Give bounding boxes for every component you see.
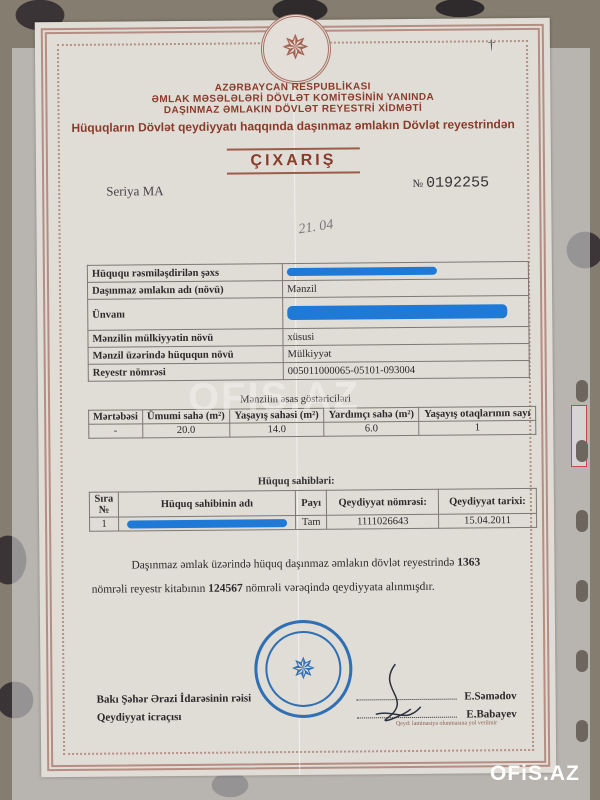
register-book-number: 1363 [457, 556, 480, 568]
owners-header: Payı [295, 490, 327, 515]
signatory-name: E.Babayev [466, 708, 517, 720]
title-text: ÇIXARIŞ [226, 147, 360, 174]
metrics-header: Mərtəbəsi [89, 410, 143, 424]
owners-header: Sıra № [89, 492, 118, 517]
document-header: AZƏRBAYCAN RESPUBLİKASI ƏMLAK MƏSƏLƏLƏRİ… [35, 80, 550, 135]
info-label: Ünvanı [88, 298, 283, 331]
metrics-value: - [89, 424, 143, 438]
owner-index: 1 [90, 517, 119, 531]
register-page-number: 124567 [208, 582, 243, 594]
extract-document: ✵ † AZƏRBAYCAN RESPUBLİKASI ƏMLAK MƏSƏLƏ… [35, 18, 557, 777]
info-label: Daşınmaz əmlakın adı (növü) [87, 281, 282, 300]
document-title: ÇIXARIŞ [36, 146, 551, 176]
owners-header: Qeydiyyat tarixi: [438, 488, 536, 514]
document-number: №0192255 [413, 174, 490, 192]
pencil-mark: † [488, 38, 495, 54]
statement-text: Daşınmaz əmlak üzərində hüquq daşınmaz ə… [131, 557, 454, 572]
metrics-value: 1 [419, 420, 536, 435]
state-emblem-icon: ✵ [260, 14, 331, 85]
owners-table: Sıra № Hüquq sahibinin adı Payı Qeydiyya… [89, 488, 537, 532]
metrics-header: Yaşayış otaqlarının sayı [419, 406, 536, 421]
info-label: Mənzilin mülkiyyətin növü [88, 329, 283, 348]
table-row: Ünvanı [88, 295, 529, 330]
owners-header: Qeydiyyat nömrəsi: [327, 489, 439, 515]
statement-text: nömrəli reyestr kitabının [92, 583, 206, 596]
info-value: xüsusi [283, 326, 529, 345]
brand-logo: OFiS.AZ [490, 762, 580, 786]
signatory-name: E.Səmədov [464, 690, 516, 702]
number-sign: № [413, 178, 424, 190]
statement-text: nömrəli vərəqində qeydiyyata alınmışdır. [246, 581, 435, 595]
owner-reg-date: 15.04.2011 [439, 513, 537, 528]
info-label: Mənzil üzərində hüququn növü [88, 346, 283, 365]
sleeve-punch-holes [576, 380, 596, 800]
info-value-redacted [283, 295, 529, 328]
owners-header: Hüquq sahibinin adı [118, 491, 295, 518]
metrics-value: 14.0 [230, 422, 324, 437]
signatory-role: Qeydiyyat icraçısı [97, 711, 182, 724]
metrics-value: 6.0 [324, 421, 419, 436]
table-header-row: Sıra № Hüquq sahibinin adı Payı Qeydiyya… [89, 488, 536, 517]
info-value: Mülkiyyət [283, 343, 529, 362]
owner-name-redacted [119, 516, 296, 532]
registration-statement: Daşınmaz əmlak üzərində hüquq daşınmaz ə… [91, 550, 539, 602]
info-label: Hüququ rəsmiləşdirilən şəxs [87, 264, 282, 283]
series-label: Seriya MA [106, 183, 164, 200]
property-info-table: Hüququ rəsmiləşdirilən şəxs Daşınmaz əml… [87, 261, 530, 382]
owner-share: Tam [296, 515, 328, 529]
info-value-redacted [282, 261, 528, 280]
watermark: OFIS.AZ [188, 374, 360, 420]
metrics-value: 20.0 [142, 423, 230, 438]
signatory-role: Bakı Şəhər Ərazi İdarəsinin rəisi [97, 692, 252, 705]
number-value: 0192255 [426, 174, 489, 192]
lamination-note: Qeyd: laminasiya olunmasına yol verilmir [396, 720, 497, 727]
owner-reg-number: 1111026643 [327, 514, 439, 529]
info-value: Mənzil [282, 278, 528, 297]
